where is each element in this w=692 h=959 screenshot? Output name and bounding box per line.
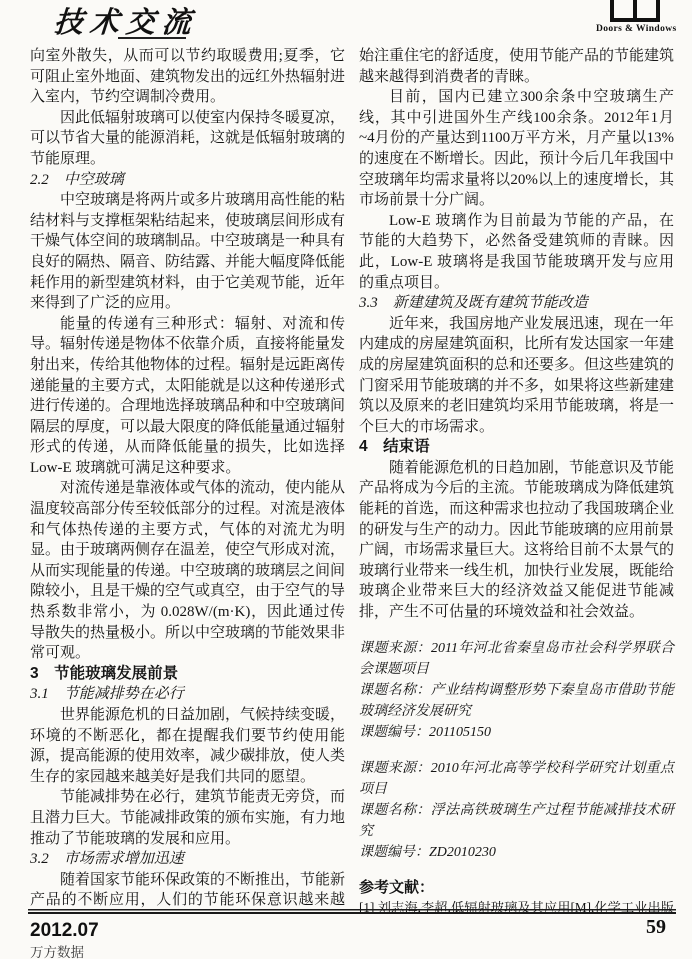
paragraph: 能量的传递有三种形式：辐射、对流和传导。辐射传递是物体不依靠介质，直接将能量发射… xyxy=(30,314,345,479)
paragraph: 对流传递是靠液体或气体的流动，使内能从温度较高部分传至较低部分的过程。对流是液体… xyxy=(30,478,345,663)
paragraph-continuation: 向室外散失，从而可以节约取暖费用;夏季，它可阻止室外地面、建筑物发出的远红外热辐… xyxy=(30,46,345,108)
paragraph: 随着能源危机的日趋加剧，节能意识及节能产品将成为今后的主流。节能玻璃成为降低建筑… xyxy=(359,458,674,623)
subsection-heading: 3.2 市场需求增加迅速 xyxy=(30,849,345,870)
section-heading: 3 节能玻璃发展前景 xyxy=(30,664,345,685)
journal-name: Doors & Windows xyxy=(596,24,674,34)
project-credit-line: 课题编号：201105150 xyxy=(359,722,674,743)
column-title: 技术交流 xyxy=(53,0,200,41)
project-credit-line: 课题名称：产业结构调整形势下秦皇岛市借助节能玻璃经济发展研究 xyxy=(359,680,674,722)
paragraph: 目前，国内已建立300余条中空玻璃生产线，其中引进国外生产线100余条。2012… xyxy=(359,87,674,211)
window-icon xyxy=(596,0,674,26)
paragraph-continuation: 始注重住宅的舒适度，使用节能产品的节能建筑越来越得到消费者的青睐。 xyxy=(359,46,674,87)
spacer xyxy=(359,863,674,878)
page-number: 59 xyxy=(646,916,666,939)
journal-logo: Doors & Windows xyxy=(596,0,674,34)
project-credit-line: 课题名称：浮法高铁玻璃生产过程节能减排技术研究 xyxy=(359,800,674,842)
paragraph: 因此低辐射玻璃可以使室内保持冬暖夏凉，可以节省大量的能源消耗，这就是低辐射玻璃的… xyxy=(30,108,345,170)
paragraph: Low-E 玻璃作为目前最为节能的产品，在节能的大趋势下，必然备受建筑师的青睐。… xyxy=(359,211,674,293)
paragraph: 中空玻璃是将两片或多片玻璃用高性能的粘结材料与支撑框架粘结起来，使玻璃层间形成有… xyxy=(30,190,345,314)
subsection-heading: 2.2 中空玻璃 xyxy=(30,170,345,191)
paragraph: 世界能源危机的日益加剧，气候持续变暖，环境的不断恶化，都在提醒我们要节约使用能源… xyxy=(30,705,345,787)
subsection-heading: 3.1 节能减排势在必行 xyxy=(30,684,345,705)
project-credit-line: 课题编号：ZD2010230 xyxy=(359,842,674,863)
section-heading: 4 结束语 xyxy=(359,437,674,458)
paragraph: 节能减排势在必行，建筑节能责无旁贷，而且潜力巨大。节能减排政策的颁布实施，有力地… xyxy=(30,787,345,849)
page-header: 技术交流 Doors & Windows xyxy=(0,0,692,46)
footer-rule xyxy=(28,909,676,914)
wanfang-watermark: 万方数据 xyxy=(30,941,84,959)
left-column: 向室外散失，从而可以节约取暖费用;夏季，它可阻止室外地面、建筑物发出的远红外热辐… xyxy=(30,46,345,912)
spacer xyxy=(359,623,674,638)
issue-date: 2012.07 xyxy=(30,920,99,942)
spacer xyxy=(359,743,674,758)
paragraph: 随着国家节能环保政策的不断推出，节能新产品的不断应用，人们的节能环保意识越来越强… xyxy=(30,870,345,912)
subsection-heading: 3.3 新建建筑及既有建筑节能改造 xyxy=(359,293,674,314)
title-underline xyxy=(118,37,186,39)
paragraph: 近年来，我国房地产业发展迅速，现在一年内建成的房屋建筑面积，比所有发达国家一年建… xyxy=(359,314,674,438)
references-heading: 参考文献： xyxy=(359,878,674,899)
article-body: 向室外散失，从而可以节约取暖费用;夏季，它可阻止室外地面、建筑物发出的远红外热辐… xyxy=(0,46,692,912)
project-credit-line: 课题来源：2010年河北高等学校科学研究计划重点项目 xyxy=(359,758,674,800)
project-credit-line: 课题来源：2011年河北省秦皇岛市社会科学界联合会课题项目 xyxy=(359,638,674,680)
right-column: 始注重住宅的舒适度，使用节能产品的节能建筑越来越得到消费者的青睐。目前，国内已建… xyxy=(359,46,674,912)
